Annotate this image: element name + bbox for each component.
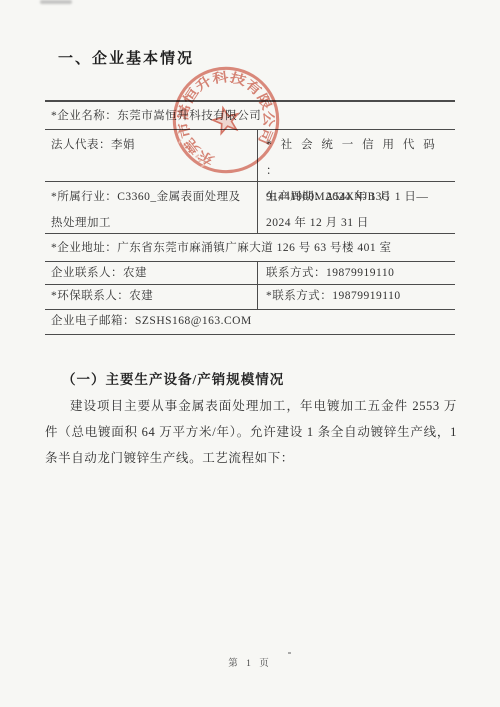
table-row-industry: *所属行业：C3360_金属表面处理及热处理加工 生产周期：2024 年 1 月… [45, 182, 455, 234]
table-row-legal-rep: 法人代表：李娟 * 社 会 统 一 信 用 代 码 ： 91441900MA54… [45, 130, 455, 182]
env-contact-person-cell: *环保联系人：农建 [45, 285, 257, 309]
table-row-company-name: *企业名称：东莞市嵩恒升科技有限公司 [45, 102, 455, 130]
address-cell: *企业地址：广东省东莞市麻涌镇广麻大道 126 号 63 号楼 401 室 [45, 234, 455, 261]
table-row-contact: 企业联系人：农建 联系方式：19879919110 [45, 262, 455, 285]
credit-code-label: * 社 会 统 一 信 用 代 码 ： [266, 132, 449, 184]
production-period-cell: 生产周期：2024 年 1 月 1 日—2024 年 12 月 31 日 [257, 182, 455, 233]
contact-phone-cell: 联系方式：19879919110 [257, 262, 455, 284]
table-row-email: 企业电子邮箱：SZSHS168@163.COM [45, 310, 455, 335]
contact-person-cell: 企业联系人：农建 [45, 262, 257, 284]
subsection-title: （一）主要生产设备/产销规模情况 [62, 368, 284, 388]
scanned-document-page: { "page": { "heading": "一、企业基本情况", "foot… [0, 0, 500, 707]
scan-speck [288, 652, 291, 654]
table-row-address: *企业地址：广东省东莞市麻涌镇广麻大道 126 号 63 号楼 401 室 [45, 234, 455, 262]
env-contact-phone-cell: *联系方式：19879919110 [257, 285, 455, 309]
body-paragraph: 建设项目主要从事金属表面处理加工，年电镀加工五金件 2553 万件（总电镀面积 … [45, 393, 457, 471]
scan-smudge [40, 0, 72, 4]
email-cell: 企业电子邮箱：SZSHS168@163.COM [45, 310, 455, 334]
company-info-table: *企业名称：东莞市嵩恒升科技有限公司 法人代表：李娟 * 社 会 统 一 信 用… [45, 100, 455, 335]
document-section-title: 一、企业基本情况 [58, 47, 194, 68]
company-name-cell: *企业名称：东莞市嵩恒升科技有限公司 [45, 102, 455, 129]
credit-code-cell: * 社 会 统 一 信 用 代 码 ： 91441900MA54XNJB3G [257, 130, 455, 181]
page-number: 第 1 页 [0, 655, 500, 669]
legal-rep-cell: 法人代表：李娟 [45, 130, 257, 181]
industry-cell: *所属行业：C3360_金属表面处理及热处理加工 [45, 182, 257, 233]
table-row-env-contact: *环保联系人：农建 *联系方式：19879919110 [45, 285, 455, 310]
